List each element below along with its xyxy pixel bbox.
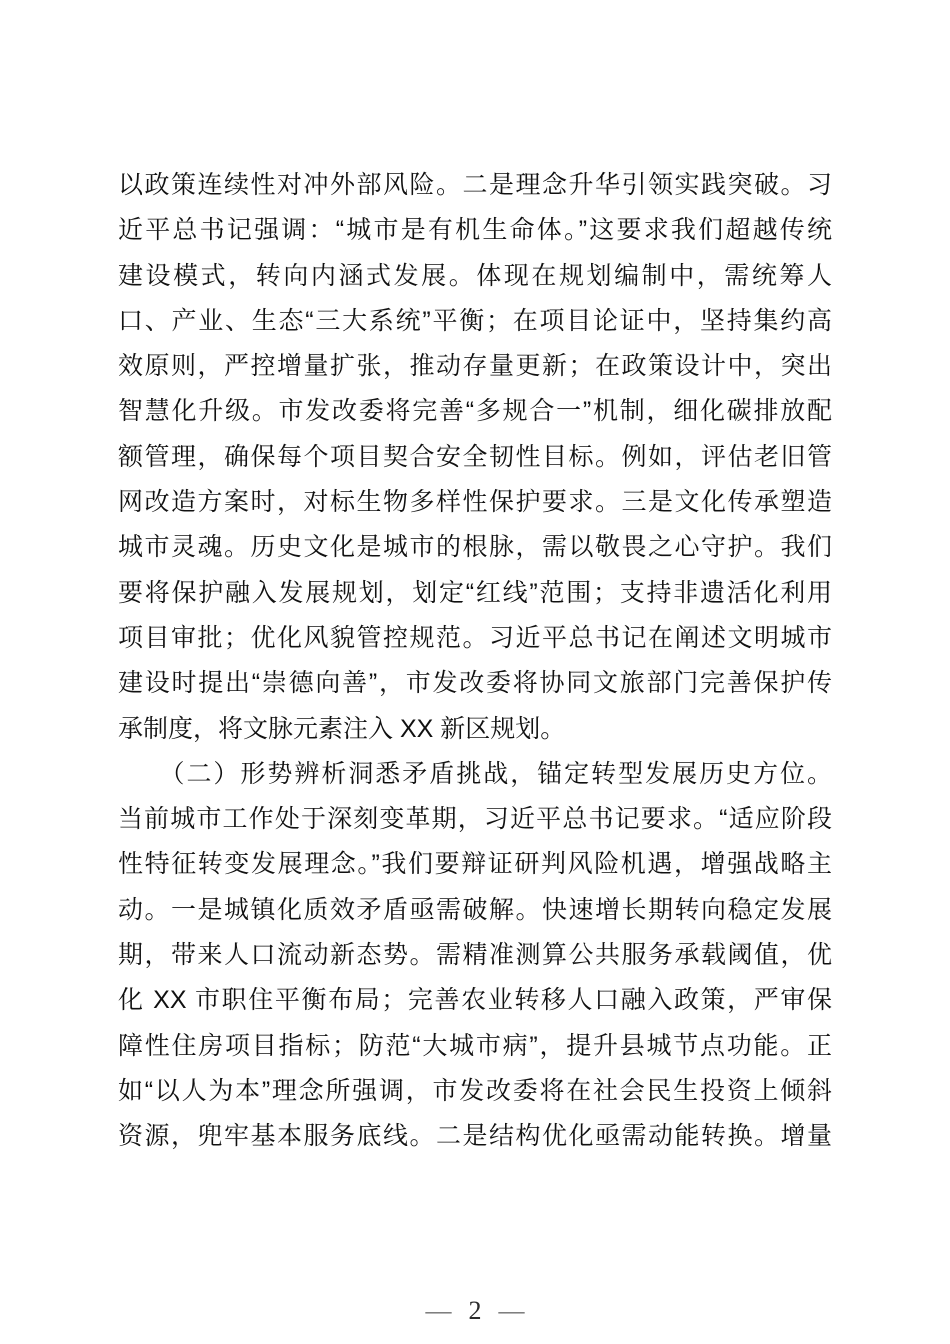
text-line: 智慧化升级。市发改委将完善“多规合一”机制，细化碳排放配 xyxy=(118,389,832,434)
footer-right-dash: — xyxy=(499,1296,525,1325)
document-page: 以政策连续性对冲外部风险。二是理念升华引领实践突破。习近平总书记强调：“城市是有… xyxy=(0,0,950,1344)
text-line: 化 XX 市职住平衡布局；完善农业转移人口融入政策，严审保 xyxy=(118,978,832,1023)
text-line: 口、产业、生态“三大系统”平衡；在项目论证中，坚持集约高 xyxy=(118,299,832,344)
text-line: 动。一是城镇化质效矛盾亟需破解。快速增长期转向稳定发展 xyxy=(118,888,832,933)
text-line: 额管理，确保每个项目契合安全韧性目标。例如，评估老旧管 xyxy=(118,435,832,480)
text-line: 障性住房项目指标；防范“大城市病”，提升县城节点功能。正 xyxy=(118,1024,832,1069)
text-line: （二）形势辨析洞悉矛盾挑战，锚定转型发展历史方位。 xyxy=(118,752,832,797)
text-line: 网改造方案时，对标生物多样性保护要求。三是文化传承塑造 xyxy=(118,480,832,525)
footer-left-dash: — xyxy=(426,1296,452,1325)
text-line: 建设模式，转向内涵式发展。体现在规划编制中，需统筹人 xyxy=(118,254,832,299)
page-number: 2 xyxy=(469,1296,482,1325)
text-line: 承制度，将文脉元素注入 XX 新区规划。 xyxy=(118,707,832,752)
text-line: 项目审批；优化风貌管控规范。习近平总书记在阐述文明城市 xyxy=(118,616,832,661)
text-line: 城市灵魂。历史文化是城市的根脉，需以敬畏之心守护。我们 xyxy=(118,525,832,570)
document-body: 以政策连续性对冲外部风险。二是理念升华引领实践突破。习近平总书记强调：“城市是有… xyxy=(118,163,832,1160)
text-line: 期，带来人口流动新态势。需精准测算公共服务承载阈值，优 xyxy=(118,933,832,978)
text-line: 建设时提出“崇德向善”，市发改委将协同文旅部门完善保护传 xyxy=(118,661,832,706)
text-line: 性特征转变发展理念。”我们要辩证研判风险机遇，增强战略主 xyxy=(118,842,832,887)
text-line: 效原则，严控增量扩张，推动存量更新；在政策设计中，突出 xyxy=(118,344,832,389)
paragraph: 以政策连续性对冲外部风险。二是理念升华引领实践突破。习近平总书记强调：“城市是有… xyxy=(118,163,832,752)
text-line: 近平总书记强调：“城市是有机生命体。”这要求我们超越传统 xyxy=(118,208,832,253)
text-line: 资源，兜牢基本服务底线。二是结构优化亟需动能转换。增量 xyxy=(118,1114,832,1159)
text-line: 要将保护融入发展规划，划定“红线”范围；支持非遗活化利用 xyxy=(118,571,832,616)
text-line: 如“以人为本”理念所强调，市发改委将在社会民生投资上倾斜 xyxy=(118,1069,832,1114)
paragraph: （二）形势辨析洞悉矛盾挑战，锚定转型发展历史方位。当前城市工作处于深刻变革期，习… xyxy=(118,752,832,1160)
text-line: 当前城市工作处于深刻变革期，习近平总书记要求。“适应阶段 xyxy=(118,797,832,842)
page-footer: —2— xyxy=(0,1294,950,1328)
text-line: 以政策连续性对冲外部风险。二是理念升华引领实践突破。习 xyxy=(118,163,832,208)
